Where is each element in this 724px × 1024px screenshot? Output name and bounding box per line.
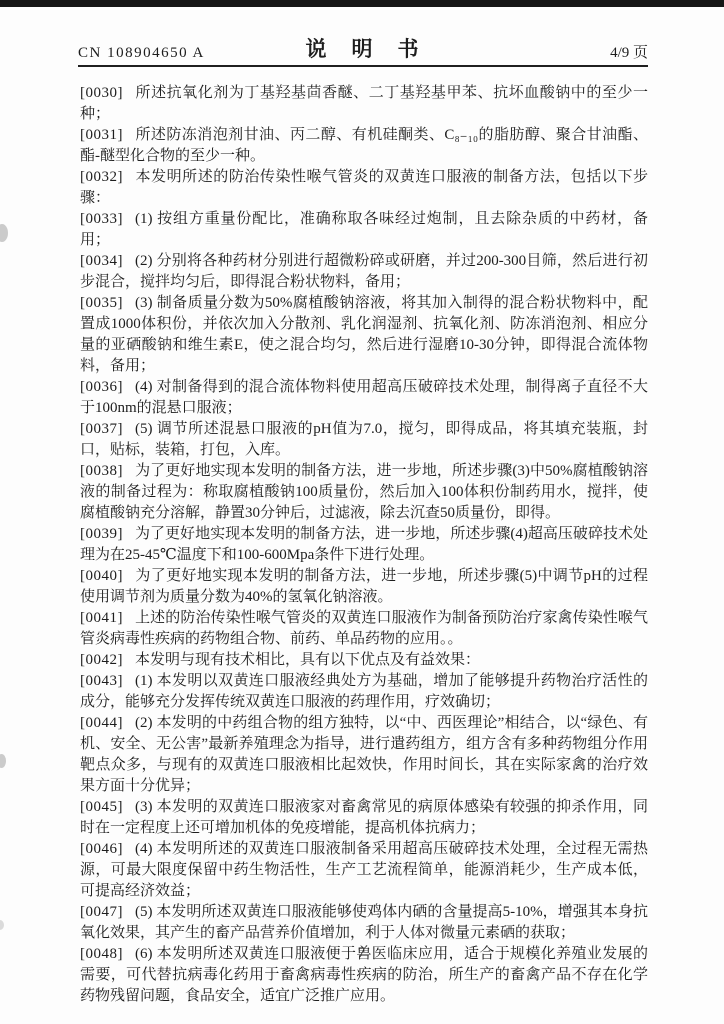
paragraph-text: 为了更好地实现本发明的制备方法，进一步地，所述步骤(5)中调节pH的过程使用调节… [80,568,648,605]
scan-artifact-top-bar [0,0,724,7]
paragraph-text: (1) 本发明以双黄连口服液经典处方为基础，增加了能够提升药物治疗活性的成分，能… [80,673,648,710]
paragraph-number: [0036] [80,377,135,398]
paragraph-text: (5) 本发明所述双黄连口服液能够使鸡体内硒的含量提高5-10%，增强其本身抗氧… [80,904,648,941]
document-body: [0030]所述抗氧化剂为丁基羟基茴香醚、二丁基羟基甲苯、抗坏血酸钠中的至少一种… [80,83,648,1007]
paragraph: [0044](2) 本发明的中药组合物的组方独特，以“中、西医理论”相结合，以“… [80,713,648,797]
paragraph: [0042]本发明与现有技术相比，具有以下优点及有益效果： [80,650,648,671]
patent-number: CN 108904650 A [78,45,205,62]
paragraph-text: 为了更好地实现本发明的制备方法，进一步地，所述步骤(4)超高压破碎技术处理为在2… [80,526,648,563]
paragraph-text: 上述的防治传染性喉气管炎的双黄连口服液作为制备预防治疗家禽传染性喉气管炎病毒性疾… [80,610,648,647]
paragraph-number: [0035] [80,293,135,314]
paragraph-number: [0046] [80,839,135,860]
paragraph: [0032]本发明所述的防治传染性喉气管炎的双黄连口服液的制备方法，包括以下步骤… [80,167,648,209]
page-indicator: 4/9 页 [610,41,648,62]
paragraph-number: [0045] [80,797,135,818]
paragraph-number: [0047] [80,902,135,923]
paragraph-text: 所述防冻消泡剂甘油、丙二醇、有机硅酮类、C₈₋₁₀的脂肪醇、聚合甘油酯、酯-醚型… [80,127,648,164]
paragraph: [0043](1) 本发明以双黄连口服液经典处方为基础，增加了能够提升药物治疗活… [80,671,648,713]
paragraph: [0031]所述防冻消泡剂甘油、丙二醇、有机硅酮类、C₈₋₁₀的脂肪醇、聚合甘油… [80,125,648,167]
paragraph-number: [0033] [80,209,135,230]
paragraph-text: 所述抗氧化剂为丁基羟基茴香醚、二丁基羟基甲苯、抗坏血酸钠中的至少一种； [80,85,648,122]
paragraph: [0039]为了更好地实现本发明的制备方法，进一步地，所述步骤(4)超高压破碎技… [80,524,648,566]
paragraph-text: (2) 本发明的中药组合物的组方独特，以“中、西医理论”相结合，以“绿色、有机、… [80,715,648,794]
paragraph: [0030]所述抗氧化剂为丁基羟基茴香醚、二丁基羟基甲苯、抗坏血酸钠中的至少一种… [80,83,648,125]
paragraph-text: 本发明所述的防治传染性喉气管炎的双黄连口服液的制备方法，包括以下步骤： [80,169,648,206]
paragraph-number: [0041] [80,608,135,629]
paragraph-text: 为了更好地实现本发明的制备方法，进一步地，所述步骤(3)中50%腐植酸钠溶液的制… [80,463,648,521]
paragraph-number: [0040] [80,566,135,587]
paragraph: [0035](3) 制备质量分数为50%腐植酸钠溶液，将其加入制得的混合粉状物料… [80,293,648,377]
document-title: 说 明 书 [306,33,421,63]
header-divider [78,65,648,67]
paragraph: [0034](2) 分别将各种药材分别进行超微粉碎或研磨，并过200-300目筛… [80,251,648,293]
page-footer: 7 [0,944,724,962]
paragraph: [0047](5) 本发明所述双黄连口服液能够使鸡体内硒的含量提高5-10%，增… [80,902,648,944]
page-header: CN 108904650 A 说 明 书 4/9 页 [78,36,648,67]
paragraph-text: 本发明与现有技术相比，具有以下优点及有益效果： [135,652,480,668]
paragraph-number: [0032] [80,167,135,188]
paragraph-number: [0034] [80,251,135,272]
paragraph-text: (3) 制备质量分数为50%腐植酸钠溶液，将其加入制得的混合粉状物料中，配置成1… [80,295,648,374]
paragraph: [0041]上述的防治传染性喉气管炎的双黄连口服液作为制备预防治疗家禽传染性喉气… [80,608,648,650]
scan-artifact-smudge [0,224,8,242]
paragraph-text: (4) 对制备得到的混合流体物料使用超高压破碎技术处理，制得离子直径不大于100… [80,379,648,416]
paragraph: [0036](4) 对制备得到的混合流体物料使用超高压破碎技术处理，制得离子直径… [80,377,648,419]
paragraph-text: (5) 调节所述混悬口服液的pH值为7.0，搅匀，即得成品，将其填充装瓶，封口，… [80,421,648,458]
paragraph-number: [0044] [80,713,135,734]
paragraph: [0046](4) 本发明所述的双黄连口服液制备采用超高压破碎技术处理，全过程无… [80,839,648,902]
paragraph: [0040]为了更好地实现本发明的制备方法，进一步地，所述步骤(5)中调节pH的… [80,566,648,608]
paragraph: [0038]为了更好地实现本发明的制备方法，进一步地，所述步骤(3)中50%腐植… [80,461,648,524]
header-row: CN 108904650 A 说 明 书 4/9 页 [78,36,648,62]
paragraph-text: (2) 分别将各种药材分别进行超微粉碎或研磨，并过200-300目筛，然后进行初… [80,253,648,290]
page-number: 7 [358,945,367,961]
paragraph-text: (1) 按组方重量份配比，准确称取各味经过炮制，且去除杂质的中药材，备用； [80,211,648,248]
paragraph: [0045](3) 本发明的双黄连口服液家对畜禽常见的病原体感染有较强的抑杀作用… [80,797,648,839]
paragraph-number: [0042] [80,650,135,671]
paragraph-text: (4) 本发明所述的双黄连口服液制备采用超高压破碎技术处理，全过程无需热源，可最… [80,841,648,899]
paragraph-number: [0038] [80,461,135,482]
paragraph-text: (3) 本发明的双黄连口服液家对畜禽常见的病原体感染有较强的抑杀作用，同时在一定… [80,799,648,836]
scan-artifact-smudge [0,920,4,930]
paragraph: [0037](5) 调节所述混悬口服液的pH值为7.0，搅匀，即得成品，将其填充… [80,419,648,461]
paragraph-number: [0043] [80,671,135,692]
patent-page: CN 108904650 A 说 明 书 4/9 页 [0030]所述抗氧化剂为… [0,0,724,1024]
paragraph-number: [0030] [80,83,135,104]
paragraph-number: [0031] [80,125,135,146]
scan-artifact-smudge [0,754,6,768]
paragraph-number: [0039] [80,524,135,545]
paragraph: [0033](1) 按组方重量份配比，准确称取各味经过炮制，且去除杂质的中药材，… [80,209,648,251]
paragraph-number: [0037] [80,419,135,440]
